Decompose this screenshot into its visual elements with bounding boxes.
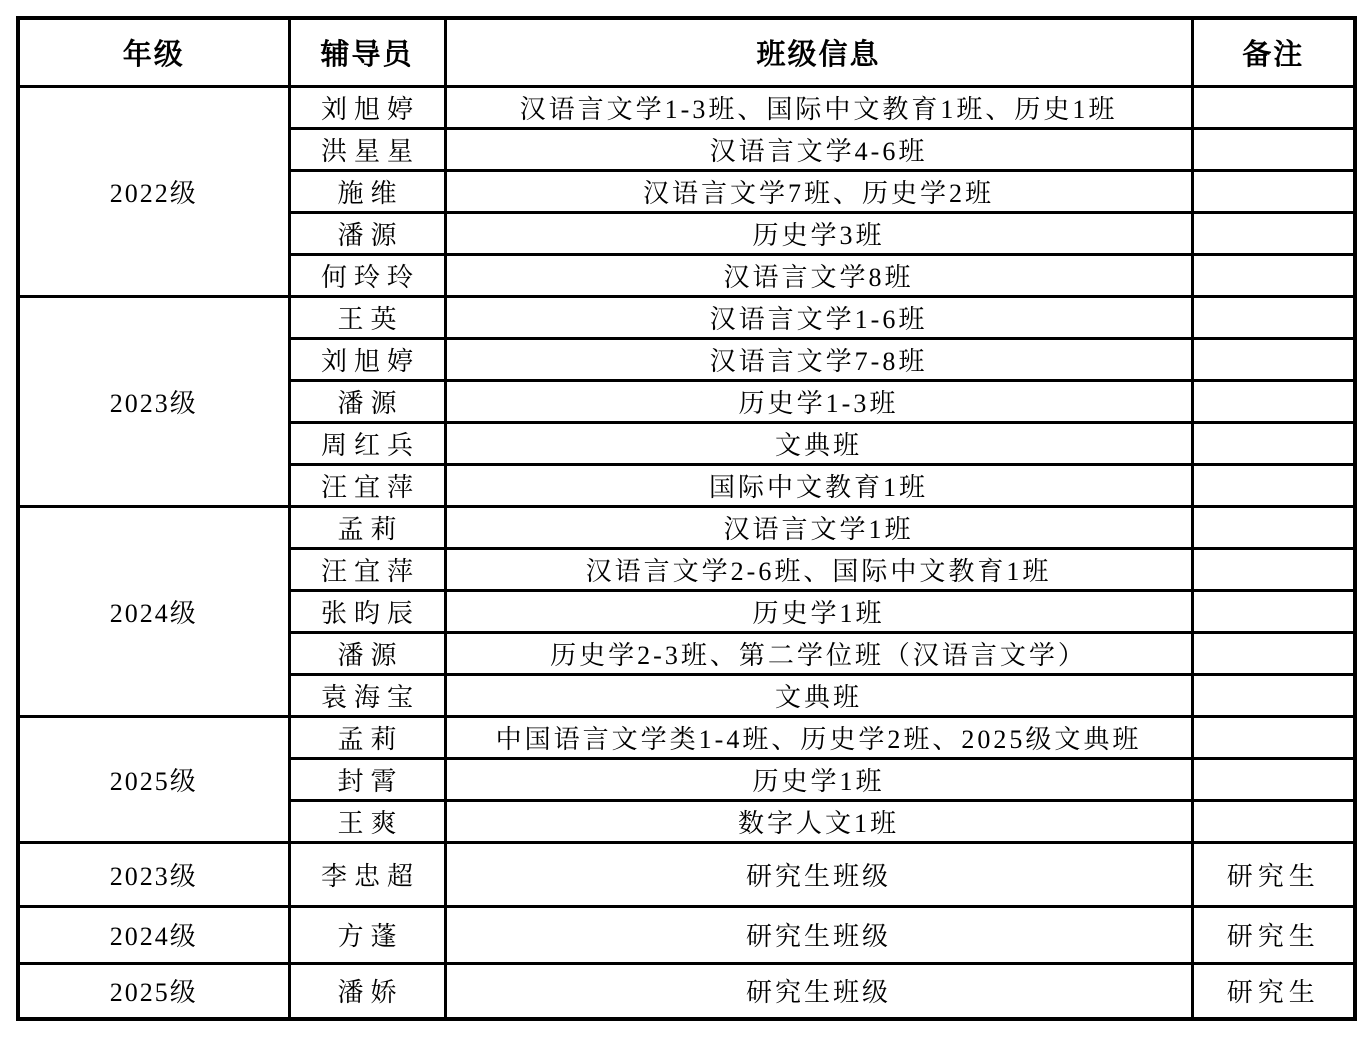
counselor-cell: 袁海宝 — [289, 674, 445, 716]
note-cell — [1192, 296, 1355, 338]
note-cell — [1192, 716, 1355, 758]
classes-cell: 数字人文1班 — [445, 800, 1192, 842]
note-cell — [1192, 590, 1355, 632]
table-row: 2025级潘娇研究生班级研究生 — [18, 963, 1355, 1019]
classes-cell: 汉语言文学1班 — [445, 506, 1192, 548]
table-row: 2023级王英汉语言文学1-6班 — [18, 296, 1355, 338]
note-cell — [1192, 632, 1355, 674]
header-grade: 年级 — [18, 18, 289, 86]
note-cell — [1192, 170, 1355, 212]
grade-cell: 2025级 — [18, 716, 289, 842]
classes-cell: 汉语言文学1-6班 — [445, 296, 1192, 338]
note-cell — [1192, 254, 1355, 296]
classes-cell: 研究生班级 — [445, 842, 1192, 906]
note-cell — [1192, 338, 1355, 380]
grade-cell: 2024级 — [18, 906, 289, 963]
table-row: 2022级刘旭婷汉语言文学1-3班、国际中文教育1班、历史1班 — [18, 86, 1355, 128]
table-body: 2022级刘旭婷汉语言文学1-3班、国际中文教育1班、历史1班洪星星汉语言文学4… — [18, 86, 1355, 1019]
classes-cell: 研究生班级 — [445, 963, 1192, 1019]
header-counselor: 辅导员 — [289, 18, 445, 86]
note-cell: 研究生 — [1192, 963, 1355, 1019]
classes-cell: 国际中文教育1班 — [445, 464, 1192, 506]
counselor-cell: 潘源 — [289, 632, 445, 674]
classes-cell: 汉语言文学8班 — [445, 254, 1192, 296]
classes-cell: 文典班 — [445, 422, 1192, 464]
counselor-cell: 潘源 — [289, 380, 445, 422]
counselor-cell: 施维 — [289, 170, 445, 212]
counselor-cell: 何玲玲 — [289, 254, 445, 296]
counselor-cell: 刘旭婷 — [289, 86, 445, 128]
note-cell — [1192, 464, 1355, 506]
classes-cell: 研究生班级 — [445, 906, 1192, 963]
classes-cell: 历史学1班 — [445, 758, 1192, 800]
header-row: 年级 辅导员 班级信息 备注 — [18, 18, 1355, 86]
counselor-cell: 潘娇 — [289, 963, 445, 1019]
counselor-cell: 周红兵 — [289, 422, 445, 464]
counselor-cell: 王爽 — [289, 800, 445, 842]
note-cell — [1192, 800, 1355, 842]
note-cell — [1192, 506, 1355, 548]
counselor-cell: 方蓬 — [289, 906, 445, 963]
counselor-cell: 潘源 — [289, 212, 445, 254]
note-cell: 研究生 — [1192, 842, 1355, 906]
classes-cell: 历史学1班 — [445, 590, 1192, 632]
note-cell — [1192, 422, 1355, 464]
header-note: 备注 — [1192, 18, 1355, 86]
note-cell — [1192, 548, 1355, 590]
grade-cell: 2022级 — [18, 86, 289, 296]
counselor-cell: 汪宜萍 — [289, 464, 445, 506]
page: 年级 辅导员 班级信息 备注 2022级刘旭婷汉语言文学1-3班、国际中文教育1… — [0, 0, 1368, 1021]
counselor-cell: 张昀辰 — [289, 590, 445, 632]
grade-cell: 2023级 — [18, 842, 289, 906]
counselor-cell: 李忠超 — [289, 842, 445, 906]
classes-cell: 汉语言文学1-3班、国际中文教育1班、历史1班 — [445, 86, 1192, 128]
classes-cell: 汉语言文学7班、历史学2班 — [445, 170, 1192, 212]
classes-cell: 历史学1-3班 — [445, 380, 1192, 422]
note-cell — [1192, 674, 1355, 716]
table-row: 2025级孟莉中国语言文学类1-4班、历史学2班、2025级文典班 — [18, 716, 1355, 758]
grade-cell: 2025级 — [18, 963, 289, 1019]
counselor-cell: 王英 — [289, 296, 445, 338]
classes-cell: 中国语言文学类1-4班、历史学2班、2025级文典班 — [445, 716, 1192, 758]
counselor-table: 年级 辅导员 班级信息 备注 2022级刘旭婷汉语言文学1-3班、国际中文教育1… — [16, 16, 1357, 1021]
header-classes: 班级信息 — [445, 18, 1192, 86]
classes-cell: 汉语言文学4-6班 — [445, 128, 1192, 170]
counselor-cell: 刘旭婷 — [289, 338, 445, 380]
note-cell — [1192, 758, 1355, 800]
note-cell — [1192, 380, 1355, 422]
classes-cell: 汉语言文学7-8班 — [445, 338, 1192, 380]
counselor-cell: 汪宜萍 — [289, 548, 445, 590]
classes-cell: 汉语言文学2-6班、国际中文教育1班 — [445, 548, 1192, 590]
counselor-cell: 封霄 — [289, 758, 445, 800]
note-cell — [1192, 86, 1355, 128]
table-row: 2024级孟莉汉语言文学1班 — [18, 506, 1355, 548]
counselor-cell: 洪星星 — [289, 128, 445, 170]
classes-cell: 历史学2-3班、第二学位班（汉语言文学） — [445, 632, 1192, 674]
grade-cell: 2023级 — [18, 296, 289, 506]
table-row: 2024级方蓬研究生班级研究生 — [18, 906, 1355, 963]
note-cell: 研究生 — [1192, 906, 1355, 963]
classes-cell: 历史学3班 — [445, 212, 1192, 254]
counselor-cell: 孟莉 — [289, 716, 445, 758]
counselor-cell: 孟莉 — [289, 506, 445, 548]
note-cell — [1192, 212, 1355, 254]
classes-cell: 文典班 — [445, 674, 1192, 716]
grade-cell: 2024级 — [18, 506, 289, 716]
note-cell — [1192, 128, 1355, 170]
table-row: 2023级李忠超研究生班级研究生 — [18, 842, 1355, 906]
